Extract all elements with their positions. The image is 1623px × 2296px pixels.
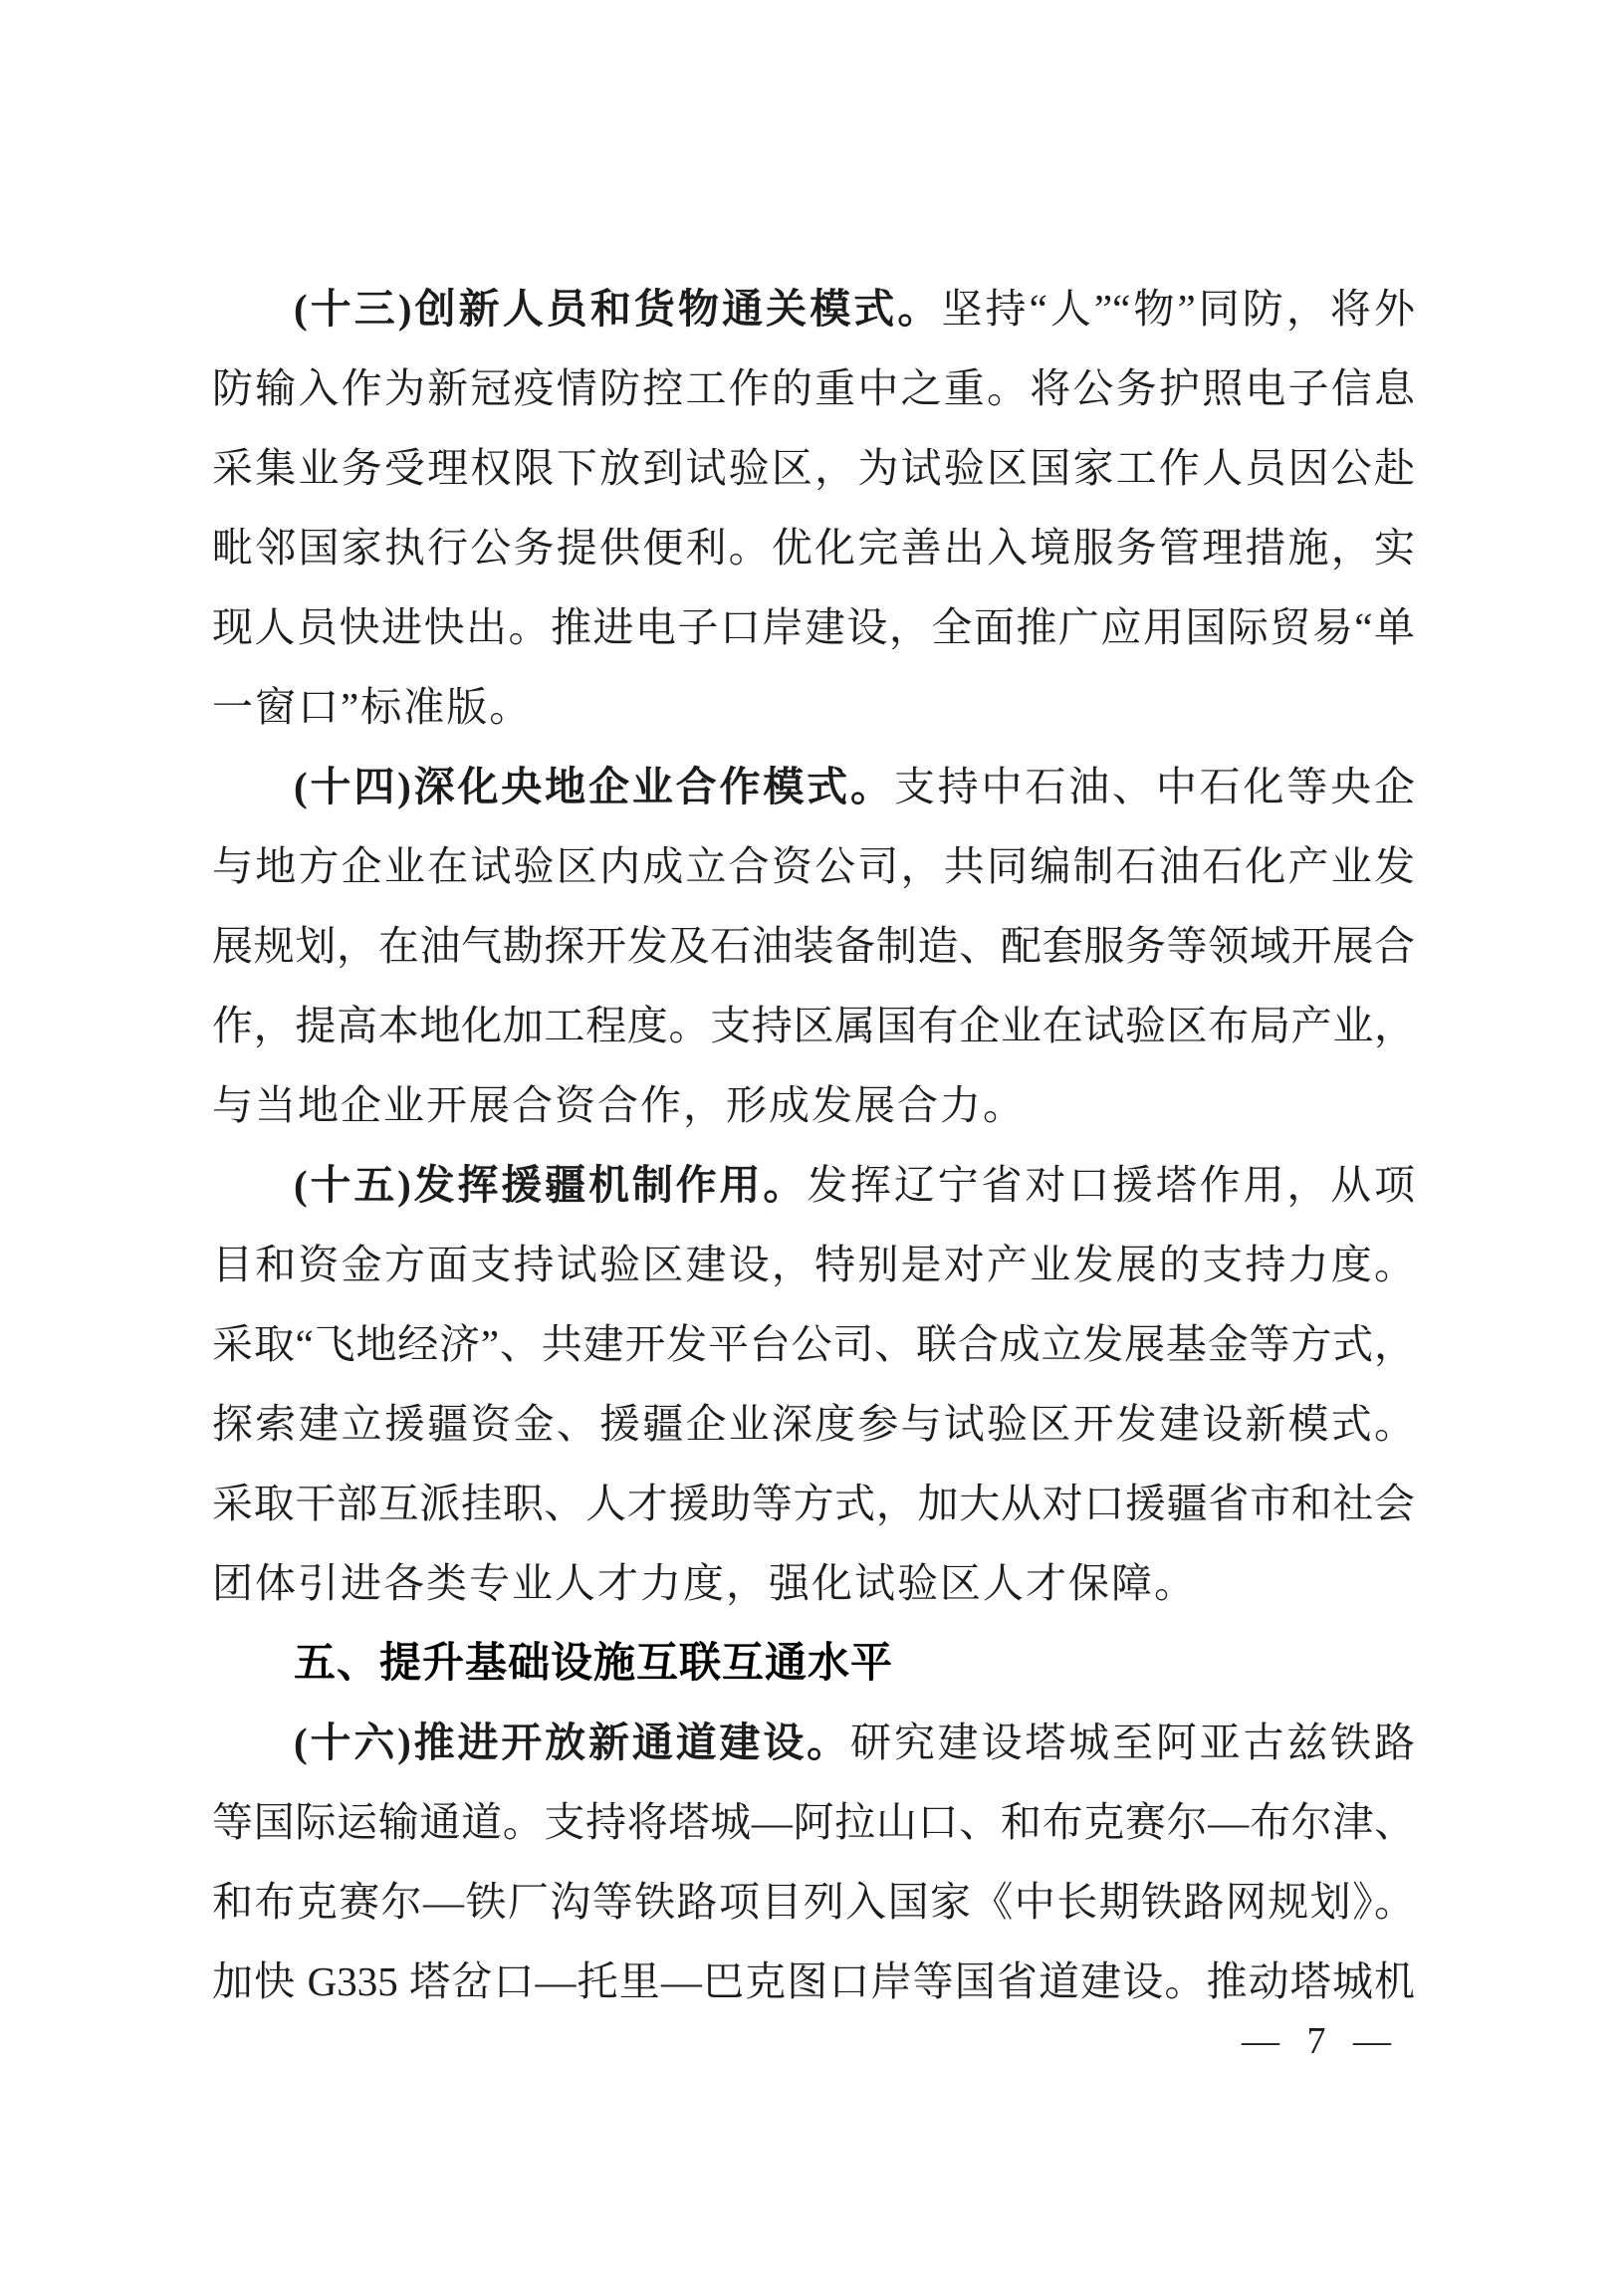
paragraph-lead: (十四)深化央地企业合作模式。: [294, 764, 894, 809]
text-line: 一窗口”标准版。: [212, 667, 1415, 747]
text-line: 和布克赛尔—铁厂沟等铁路项目列入国家《中长期铁路网规划》。: [212, 1862, 1415, 1942]
text-line: 采取“飞地经济”、共建开发平台公司、联合成立发展基金等方式，: [212, 1304, 1415, 1384]
page-number: — 7 —: [212, 2011, 1393, 2071]
line-text: 发挥辽宁省对口援塔作用，从项: [807, 1162, 1415, 1208]
line-text: 与当地企业开展合资合作，形成发展合力。: [212, 1082, 1026, 1128]
line-text: 探索建立援疆资金、援疆企业深度参与试验区开发建设新模式。: [212, 1401, 1415, 1447]
text-line: 毗邻国家执行公务提供便利。优化完善出入境服务管理措施，实: [212, 508, 1415, 587]
line-text: 一窗口”标准版。: [212, 684, 532, 730]
line-text: 与地方企业在试验区内成立合资公司，共同编制石油石化产业发: [212, 843, 1415, 889]
paragraph-lead: (十五)发挥援疆机制作用。: [294, 1162, 807, 1208]
text-line: (十四)深化央地企业合作模式。支持中石油、中石化等央企: [212, 747, 1415, 826]
text-line: 现人员快进快出。推进电子口岸建设，全面推广应用国际贸易“单: [212, 587, 1415, 667]
text-line: 防输入作为新冠疫情防控工作的重中之重。将公务护照电子信息: [212, 348, 1415, 428]
line-text: 采取干部互派挂职、人才援助等方式，加大从对口援疆省市和社会: [212, 1481, 1415, 1526]
text-line: 目和资金方面支持试验区建设，特别是对产业发展的支持力度。: [212, 1225, 1415, 1304]
line-text: 目和资金方面支持试验区建设，特别是对产业发展的支持力度。: [212, 1242, 1415, 1287]
line-text: 采取“飞地经济”、共建开发平台公司、联合成立发展基金等方式，: [212, 1321, 1415, 1367]
text-line: 团体引进各类专业人才力度，强化试验区人才保障。: [212, 1543, 1415, 1623]
paragraph-lead: (十三)创新人员和货物通关模式。: [294, 286, 941, 332]
line-text: 采集业务受理权限下放到试验区，为试验区国家工作人员因公赴: [212, 445, 1415, 491]
line-text: 和布克赛尔—铁厂沟等铁路项目列入国家《中长期铁路网规划》。: [212, 1879, 1415, 1925]
line-text: 毗邻国家执行公务提供便利。优化完善出入境服务管理措施，实: [212, 525, 1415, 571]
line-text: 现人员快进快出。推进电子口岸建设，全面推广应用国际贸易“单: [212, 604, 1415, 650]
section-heading: 五、提升基础设施互联互通水平: [212, 1623, 1415, 1703]
line-text: 作，提高本地化加工程度。支持区属国有企业在试验区布局产业，: [212, 1003, 1415, 1048]
text-line: 加快 G335 塔岔口—托里—巴克图口岸等国省道建设。推动塔城机: [212, 1942, 1415, 2021]
line-text: 支持中石油、中石化等央企: [894, 764, 1415, 809]
text-line: 展规划，在油气勘探开发及石油装备制造、配套服务等领域开展合: [212, 906, 1415, 986]
text-line: 采集业务受理权限下放到试验区，为试验区国家工作人员因公赴: [212, 428, 1415, 508]
text-line: 与当地企业开展合资合作，形成发展合力。: [212, 1065, 1415, 1145]
text-line: (十五)发挥援疆机制作用。发挥辽宁省对口援塔作用，从项: [212, 1145, 1415, 1225]
text-line: 采取干部互派挂职、人才援助等方式，加大从对口援疆省市和社会: [212, 1464, 1415, 1543]
line-text: 加快 G335 塔岔口—托里—巴克图口岸等国省道建设。推动塔城机: [212, 1958, 1415, 2004]
text-line: 等国际运输通道。支持将塔城—阿拉山口、和布克赛尔—布尔津、: [212, 1782, 1415, 1862]
text-line: 作，提高本地化加工程度。支持区属国有企业在试验区布局产业，: [212, 986, 1415, 1065]
paragraph-lead: (十六)推进开放新通道建设。: [294, 1720, 850, 1765]
text-line: (十六)推进开放新通道建设。研究建设塔城至阿亚古兹铁路: [212, 1703, 1415, 1782]
document-page: (十三)创新人员和货物通关模式。坚持“人”“物”同防，将外 防输入作为新冠疫情防…: [0, 0, 1623, 2296]
line-text: 展规划，在油气勘探开发及石油装备制造、配套服务等领域开展合: [212, 923, 1415, 969]
line-text: 坚持“人”“物”同防，将外: [941, 286, 1415, 332]
line-text: 团体引进各类专业人才力度，强化试验区人才保障。: [212, 1560, 1197, 1606]
line-text: 防输入作为新冠疫情防控工作的重中之重。将公务护照电子信息: [212, 365, 1415, 411]
text-line: 与地方企业在试验区内成立合资公司，共同编制石油石化产业发: [212, 826, 1415, 906]
text-line: (十三)创新人员和货物通关模式。坚持“人”“物”同防，将外: [212, 269, 1415, 348]
line-text: 研究建设塔城至阿亚古兹铁路: [850, 1720, 1415, 1765]
heading-text: 五、提升基础设施互联互通水平: [294, 1639, 893, 1686]
line-text: 等国际运输通道。支持将塔城—阿拉山口、和布克赛尔—布尔津、: [212, 1799, 1415, 1845]
document-body: (十三)创新人员和货物通关模式。坚持“人”“物”同防，将外 防输入作为新冠疫情防…: [212, 269, 1415, 2021]
text-line: 探索建立援疆资金、援疆企业深度参与试验区开发建设新模式。: [212, 1384, 1415, 1464]
